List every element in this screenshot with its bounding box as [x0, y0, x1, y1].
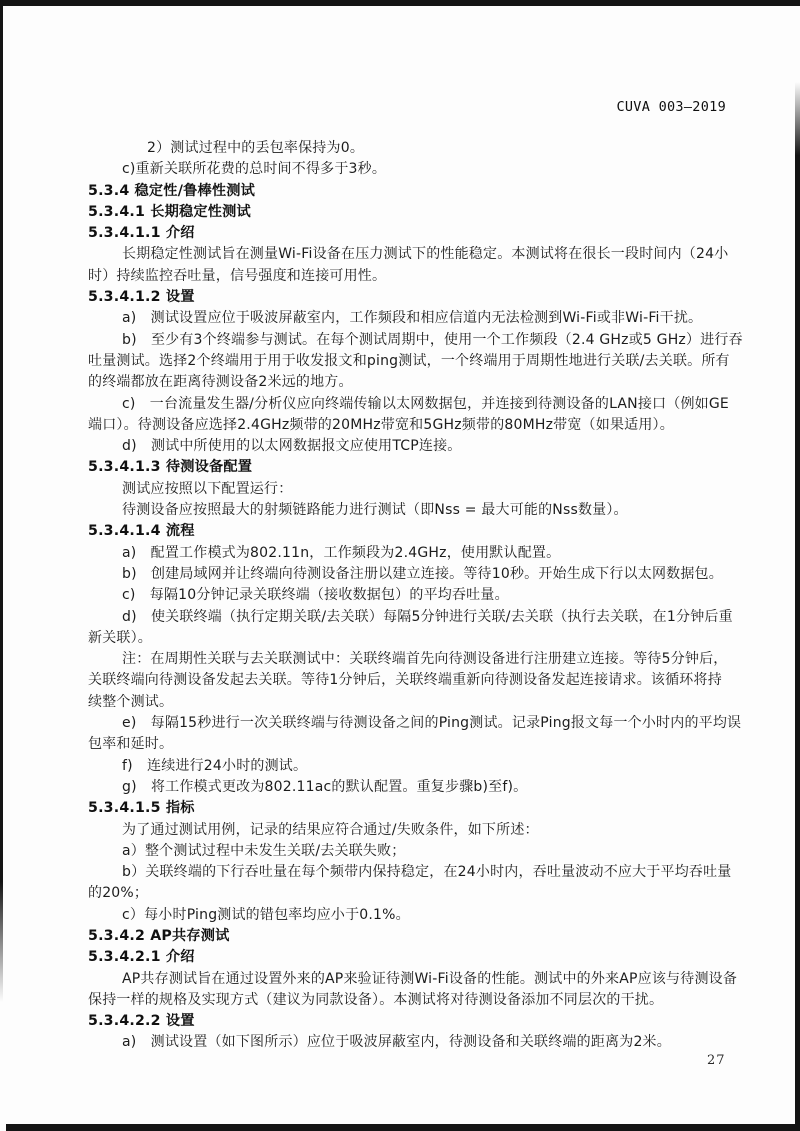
text-line: b) 创建局域网并让终端向待测设备注册以建立连接。等待10秒。开始生成下行以太网… — [88, 564, 748, 585]
section-heading: 5.3.4.1.1 介绍 — [88, 223, 748, 244]
text-line: c）每小时Ping测试的错包率均应小于0.1%。 — [88, 905, 748, 926]
text-line: 待测设备应按照最大的射频链路能力进行测试（即Nss = 最大可能的Nss数量）。 — [88, 500, 748, 521]
text-line: 关联终端向待测设备发起去关联。等待1分钟后，关联终端重新向待测设备发起连接请求。… — [88, 670, 748, 691]
text-line: d) 测试中所使用的以太网数据报文应使用TCP连接。 — [88, 436, 748, 457]
scan-edge-bottom — [6, 1124, 800, 1131]
page-number: 27 — [707, 1053, 726, 1068]
text-line: g) 将工作模式更改为802.11ac的默认配置。重复步骤b)至f)。 — [88, 777, 748, 798]
text-line: 吐量测试。选择2个终端用于用于收发报文和ping测试，一个终端用于周期性地进行关… — [88, 351, 748, 372]
text-line: a) 测试设置（如下图所示）应位于吸波屏蔽室内，待测设备和关联终端的距离为2米。 — [88, 1032, 748, 1053]
section-heading: 5.3.4.2.1 介绍 — [88, 947, 748, 968]
text-line: 的终端都放在距离待测设备2米远的地方。 — [88, 372, 748, 393]
section-heading: 5.3.4.2 AP共存测试 — [88, 926, 748, 947]
text-line: 注：在周期性关联与去关联测试中：关联终端首先向待测设备进行注册建立连接。等待5分… — [88, 649, 748, 670]
text-line: 2）测试过程中的丢包率保持为0。 — [88, 138, 748, 159]
section-heading: 5.3.4.1.4 流程 — [88, 521, 748, 542]
section-heading: 5.3.4.1.3 待测设备配置 — [88, 457, 748, 478]
scan-edge-right — [795, 82, 800, 1131]
text-line: 时）持续监控吞吐量，信号强度和连接可用性。 — [88, 266, 748, 287]
text-line: 长期稳定性测试旨在测量Wi-Fi设备在压力测试下的性能稳定。本测试将在很长一段时… — [88, 244, 748, 265]
text-line: 新关联）。 — [88, 628, 748, 649]
document-code-header: CUVA 003—2019 — [616, 99, 726, 115]
text-line: c) 一台流量发生器/分析仪应向终端传输以太网数据包，并连接到待测设备的LAN接… — [88, 394, 748, 415]
scanned-document-page: CUVA 003—2019 2）测试过程中的丢包率保持为0。c)重新关联所花费的… — [0, 0, 800, 1131]
text-line: 包率和延时。 — [88, 734, 748, 755]
section-heading: 5.3.4.2.2 设置 — [88, 1011, 748, 1032]
text-line: 的20%； — [88, 883, 748, 904]
text-line: a）整个测试过程中未发生关联/去关联失败； — [88, 841, 748, 862]
text-line: 为了通过测试用例，记录的结果应符合通过/失败条件，如下所述： — [88, 820, 748, 841]
scan-edge-left — [0, 0, 3, 1002]
text-line: 端口）。待测设备应选择2.4GHz频带的20MHz带宽和5GHz频带的80MHz… — [88, 415, 748, 436]
text-line: a) 测试设置应位于吸波屏蔽室内，工作频段和相应信道内无法检测到Wi-Fi或非W… — [88, 308, 748, 329]
text-line: c)重新关联所花费的总时间不得多于3秒。 — [88, 159, 748, 180]
scan-edge-top — [0, 0, 800, 6]
text-line: a) 配置工作模式为802.11n，工作频段为2.4GHz，使用默认配置。 — [88, 543, 748, 564]
section-heading: 5.3.4.1 长期稳定性测试 — [88, 202, 748, 223]
section-heading: 5.3.4 稳定性/鲁棒性测试 — [88, 181, 748, 202]
section-heading: 5.3.4.1.2 设置 — [88, 287, 748, 308]
text-line: c) 每隔10分钟记录关联终端（接收数据包）的平均吞吐量。 — [88, 585, 748, 606]
text-line: 保持一样的规格及实现方式（建议为同款设备）。本测试将对待测设备添加不同层次的干扰… — [88, 990, 748, 1011]
text-line: AP共存测试旨在通过设置外来的AP来验证待测Wi-Fi设备的性能。测试中的外来A… — [88, 969, 748, 990]
section-heading: 5.3.4.1.5 指标 — [88, 798, 748, 819]
document-body: 2）测试过程中的丢包率保持为0。c)重新关联所花费的总时间不得多于3秒。5.3.… — [88, 138, 748, 1054]
text-line: b）关联终端的下行吞吐量在每个频带内保持稳定，在24小时内，吞吐量波动不应大于平… — [88, 862, 748, 883]
text-line: f) 连续进行24小时的测试。 — [88, 756, 748, 777]
text-line: b) 至少有3个终端参与测试。在每个测试周期中，使用一个工作频段（2.4 GHz… — [88, 330, 748, 351]
text-line: 续整个测试。 — [88, 692, 748, 713]
text-line: e) 每隔15秒进行一次关联终端与待测设备之间的Ping测试。记录Ping报文每… — [88, 713, 748, 734]
text-line: 测试应按照以下配置运行： — [88, 479, 748, 500]
text-line: d) 使关联终端（执行定期关联/去关联）每隔5分钟进行关联/去关联（执行去关联，… — [88, 607, 748, 628]
